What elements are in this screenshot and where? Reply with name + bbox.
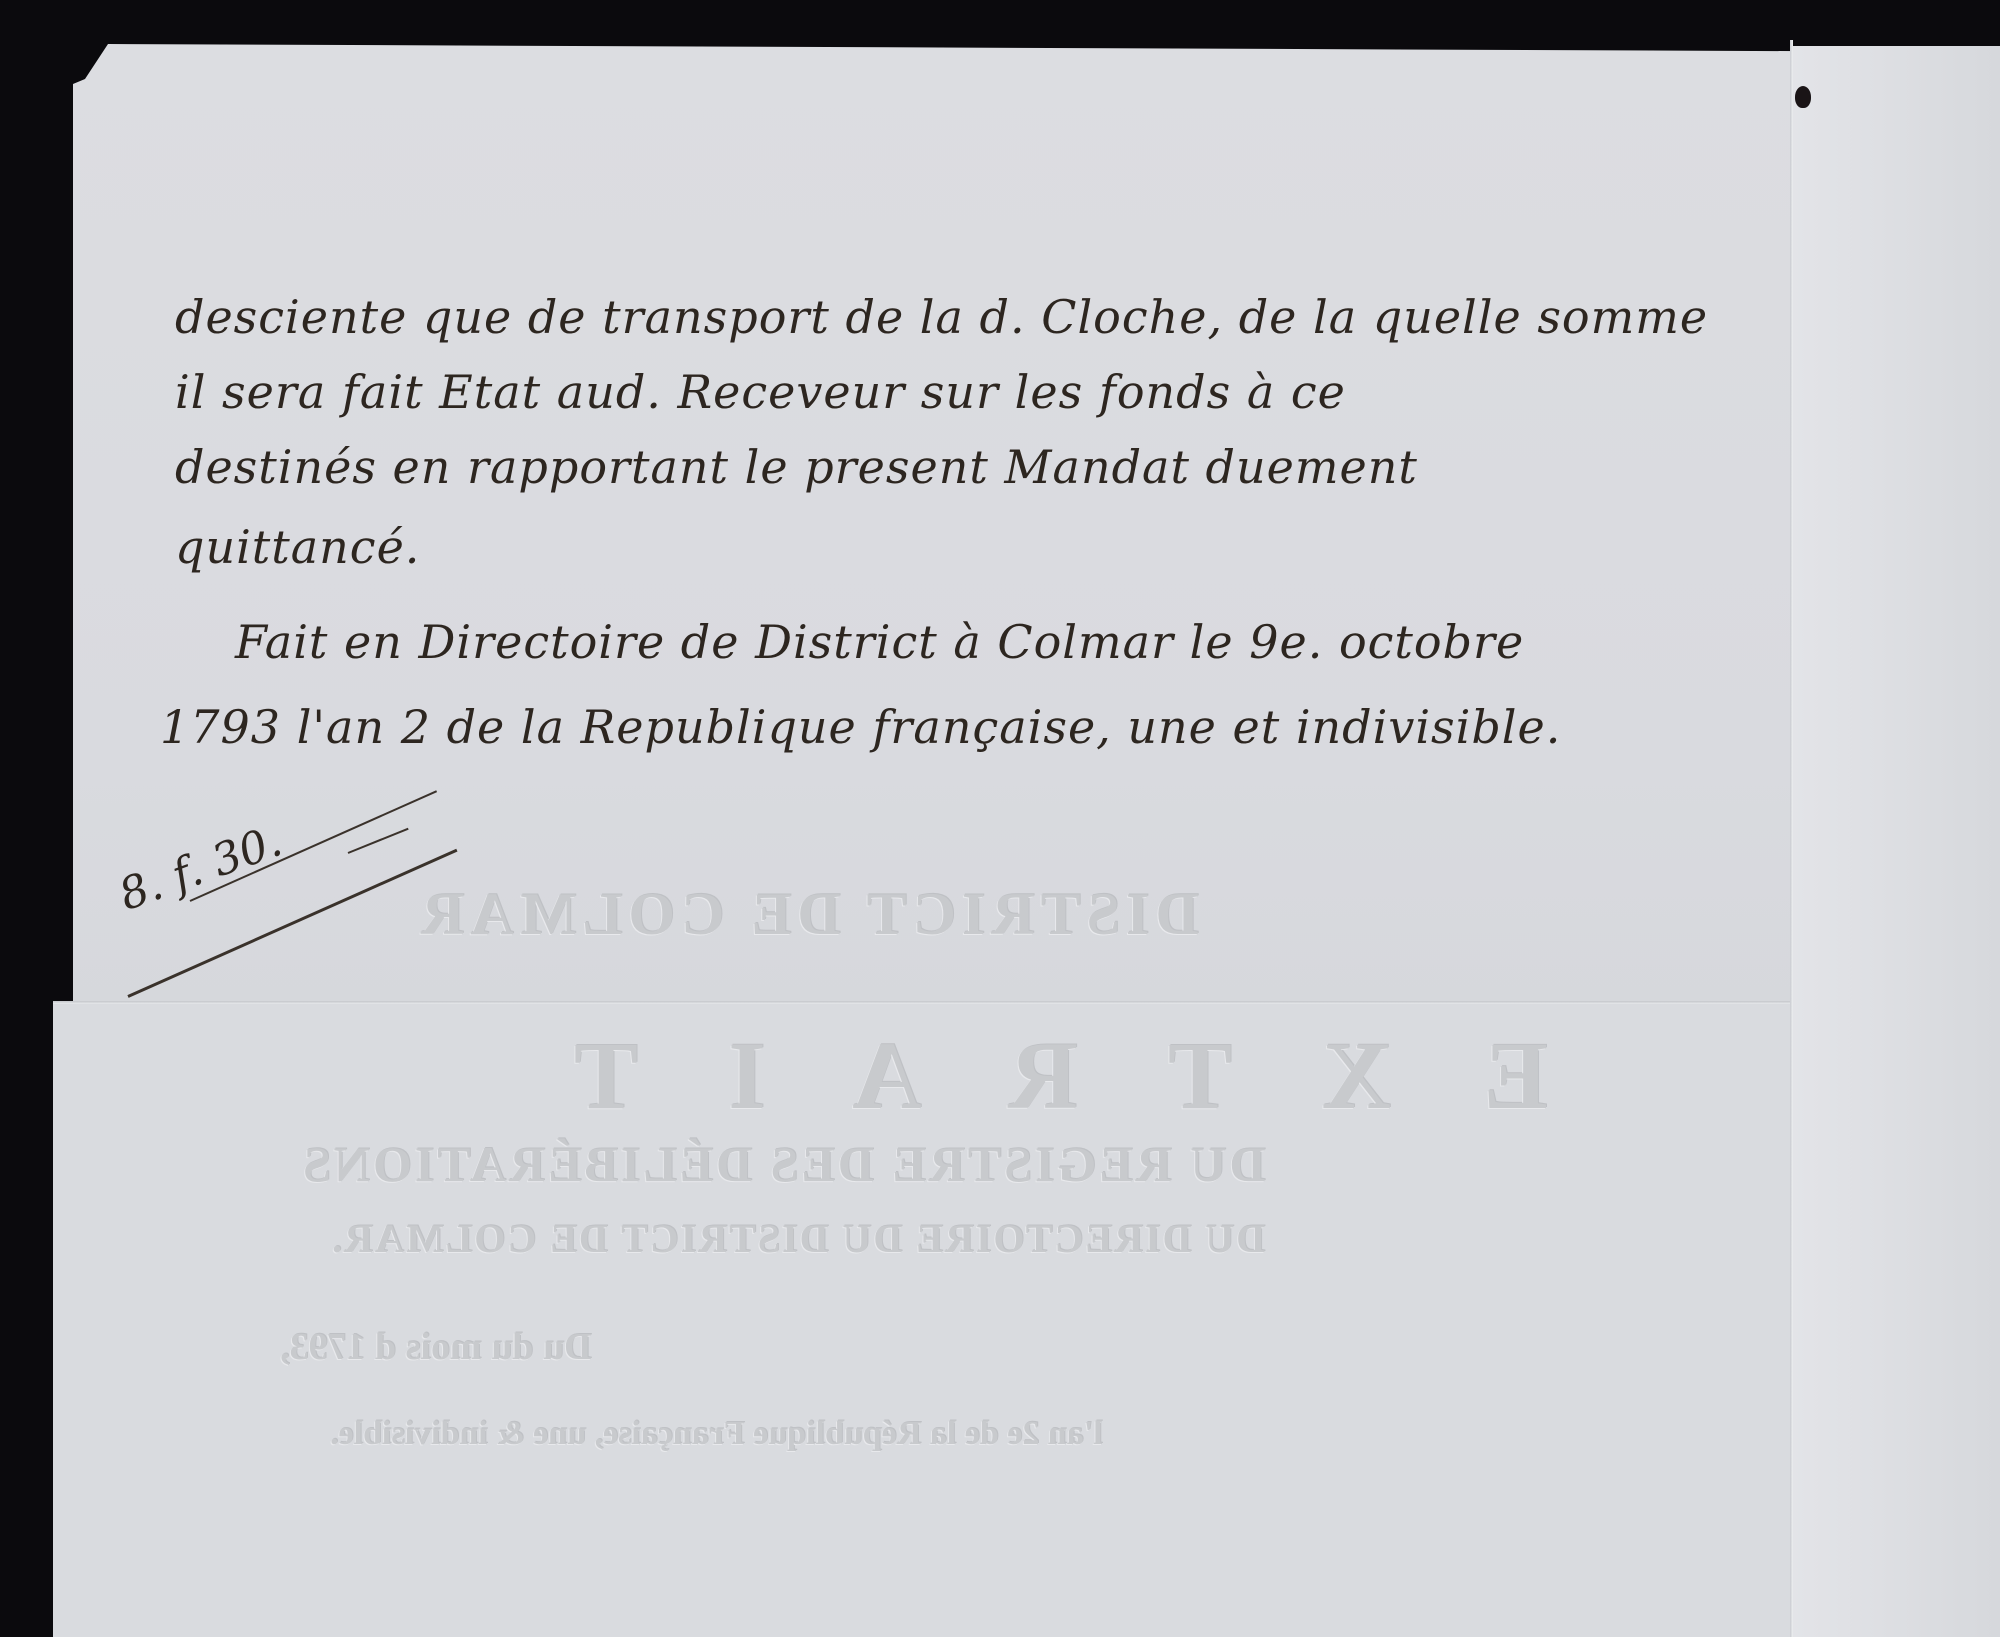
handwritten-line-2: il sera fait Etat aud. Receveur sur les … xyxy=(175,365,1346,419)
bleed-extrait-heading: E X T R A I T xyxy=(540,1020,1548,1131)
bleed-district-heading: DISTRICT DE COLMAR xyxy=(415,880,1199,949)
bleed-registre-line: DU REGISTRE DES DÉLIBÉRATIONS xyxy=(300,1135,1266,1193)
handwritten-line-3: destinés en rapportant le present Mandat… xyxy=(175,440,1418,494)
bleed-directoire-line: DU DIRECTOIRE DU DISTRICT DE COLMAR. xyxy=(330,1215,1265,1262)
bleed-republic-line: l'an 2e de la République Française, une … xyxy=(330,1415,1103,1453)
handwritten-line-1: desciente que de transport de la d. Cloc… xyxy=(175,290,1708,344)
paper-right-flap xyxy=(1792,46,2000,1637)
horizontal-fold-line xyxy=(53,1001,1790,1004)
paper-hole xyxy=(1795,86,1811,108)
handwritten-line-4: quittancé. xyxy=(175,520,420,574)
handwritten-line-5: Fait en Directoire de District à Colmar … xyxy=(235,615,1524,669)
vertical-fold-line xyxy=(1790,40,1793,1637)
bleed-date-line: Du du mois d 1793, xyxy=(280,1325,591,1369)
handwritten-line-6: 1793 l'an 2 de la Republique française, … xyxy=(160,700,1561,754)
